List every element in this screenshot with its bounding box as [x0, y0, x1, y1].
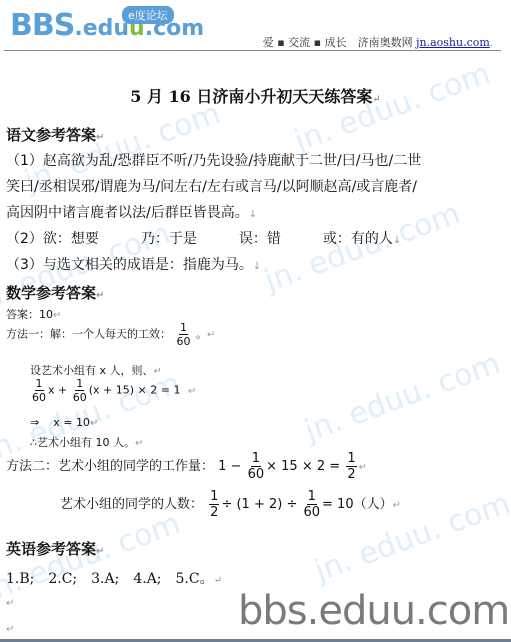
- english-answers: 1.B; 2.C; 3.A; 4.A; 5.C。↵: [6, 568, 222, 588]
- fraction: 160: [248, 452, 265, 481]
- page-header: BBS.eduǘ.com e度论坛 爱 ▪ 交流 ▪ 成长 济南奥数网 jn.a…: [0, 0, 511, 52]
- fraction: 160: [303, 490, 320, 519]
- watermark: jn. eduu. com: [300, 346, 505, 449]
- fraction: 160: [177, 322, 191, 347]
- fraction: 12: [209, 490, 219, 519]
- empty-paragraph: ↵: [6, 598, 14, 609]
- math-answer: 答案：10↵: [6, 306, 61, 322]
- aoshu-link[interactable]: jn.aoshu.com: [416, 36, 490, 49]
- math-method-1: 方法一：解：一个人每天的工效： 160 。↵: [6, 322, 215, 347]
- chinese-line-2: 笑曰/丞相误邪/谓鹿为马/问左右/左右或言马/以阿顺赵高/或言鹿者/: [6, 176, 417, 196]
- logo-main: BBS: [10, 8, 74, 43]
- chinese-heading: 语文参考答案↵: [6, 124, 104, 145]
- slogan: 爱 ▪ 交流 ▪ 成长 济南奥数网 jn.aoshu.com.: [263, 34, 493, 50]
- math-setup: 设艺术小组有 x 人，则、↵: [30, 362, 162, 378]
- chinese-line-5: （3）与选文相关的成语是：指鹿为马。↓: [6, 254, 261, 274]
- bbs-eduu-logo[interactable]: BBS.eduǘ.com e度论坛: [10, 8, 204, 43]
- bbs-watermark: bbs.eduu.com: [238, 588, 509, 634]
- watermark: jn. eduu. com: [290, 56, 495, 159]
- math-conclusion: ∴艺术小组有 10 人。↵: [30, 434, 143, 450]
- math-result: ⇒ x = 10↵: [30, 416, 98, 429]
- math-method-2: 方法二：艺术小组的同学的工作量： 1 − 160× 15 × 2 = 12↵: [6, 452, 367, 481]
- math-method-2-count: 艺术小组的同学的人数： 12÷ (1 + 2) ÷ 160= 10（人）↵: [60, 490, 401, 519]
- chinese-line-1: （1）赵高欲为乱/恐群臣不听/乃先设验/持鹿献于二世/曰/马也/二世: [6, 150, 421, 170]
- math-equation: 160x + 160(x + 15) × 2 = 1 ↵: [30, 378, 196, 403]
- chinese-line-3: 高因阴中诸言鹿者以法/后群臣皆畏高。↓: [6, 202, 257, 222]
- chinese-line-4: （2）欲：想要 乃：于是 误：错 或：有的人↓: [6, 228, 401, 248]
- empty-paragraph: ↵: [6, 624, 14, 635]
- logo-bubble: e度论坛: [122, 6, 174, 24]
- header-divider: [4, 50, 501, 51]
- fraction: 160: [73, 378, 87, 403]
- fraction: 160: [32, 378, 46, 403]
- math-heading: 数学参考答案↵: [6, 282, 104, 303]
- english-heading: 英语参考答案↵: [6, 538, 104, 559]
- page-title: 5 月 16 日济南小升初天天练答案↵: [0, 84, 511, 107]
- fraction: 12: [346, 452, 356, 481]
